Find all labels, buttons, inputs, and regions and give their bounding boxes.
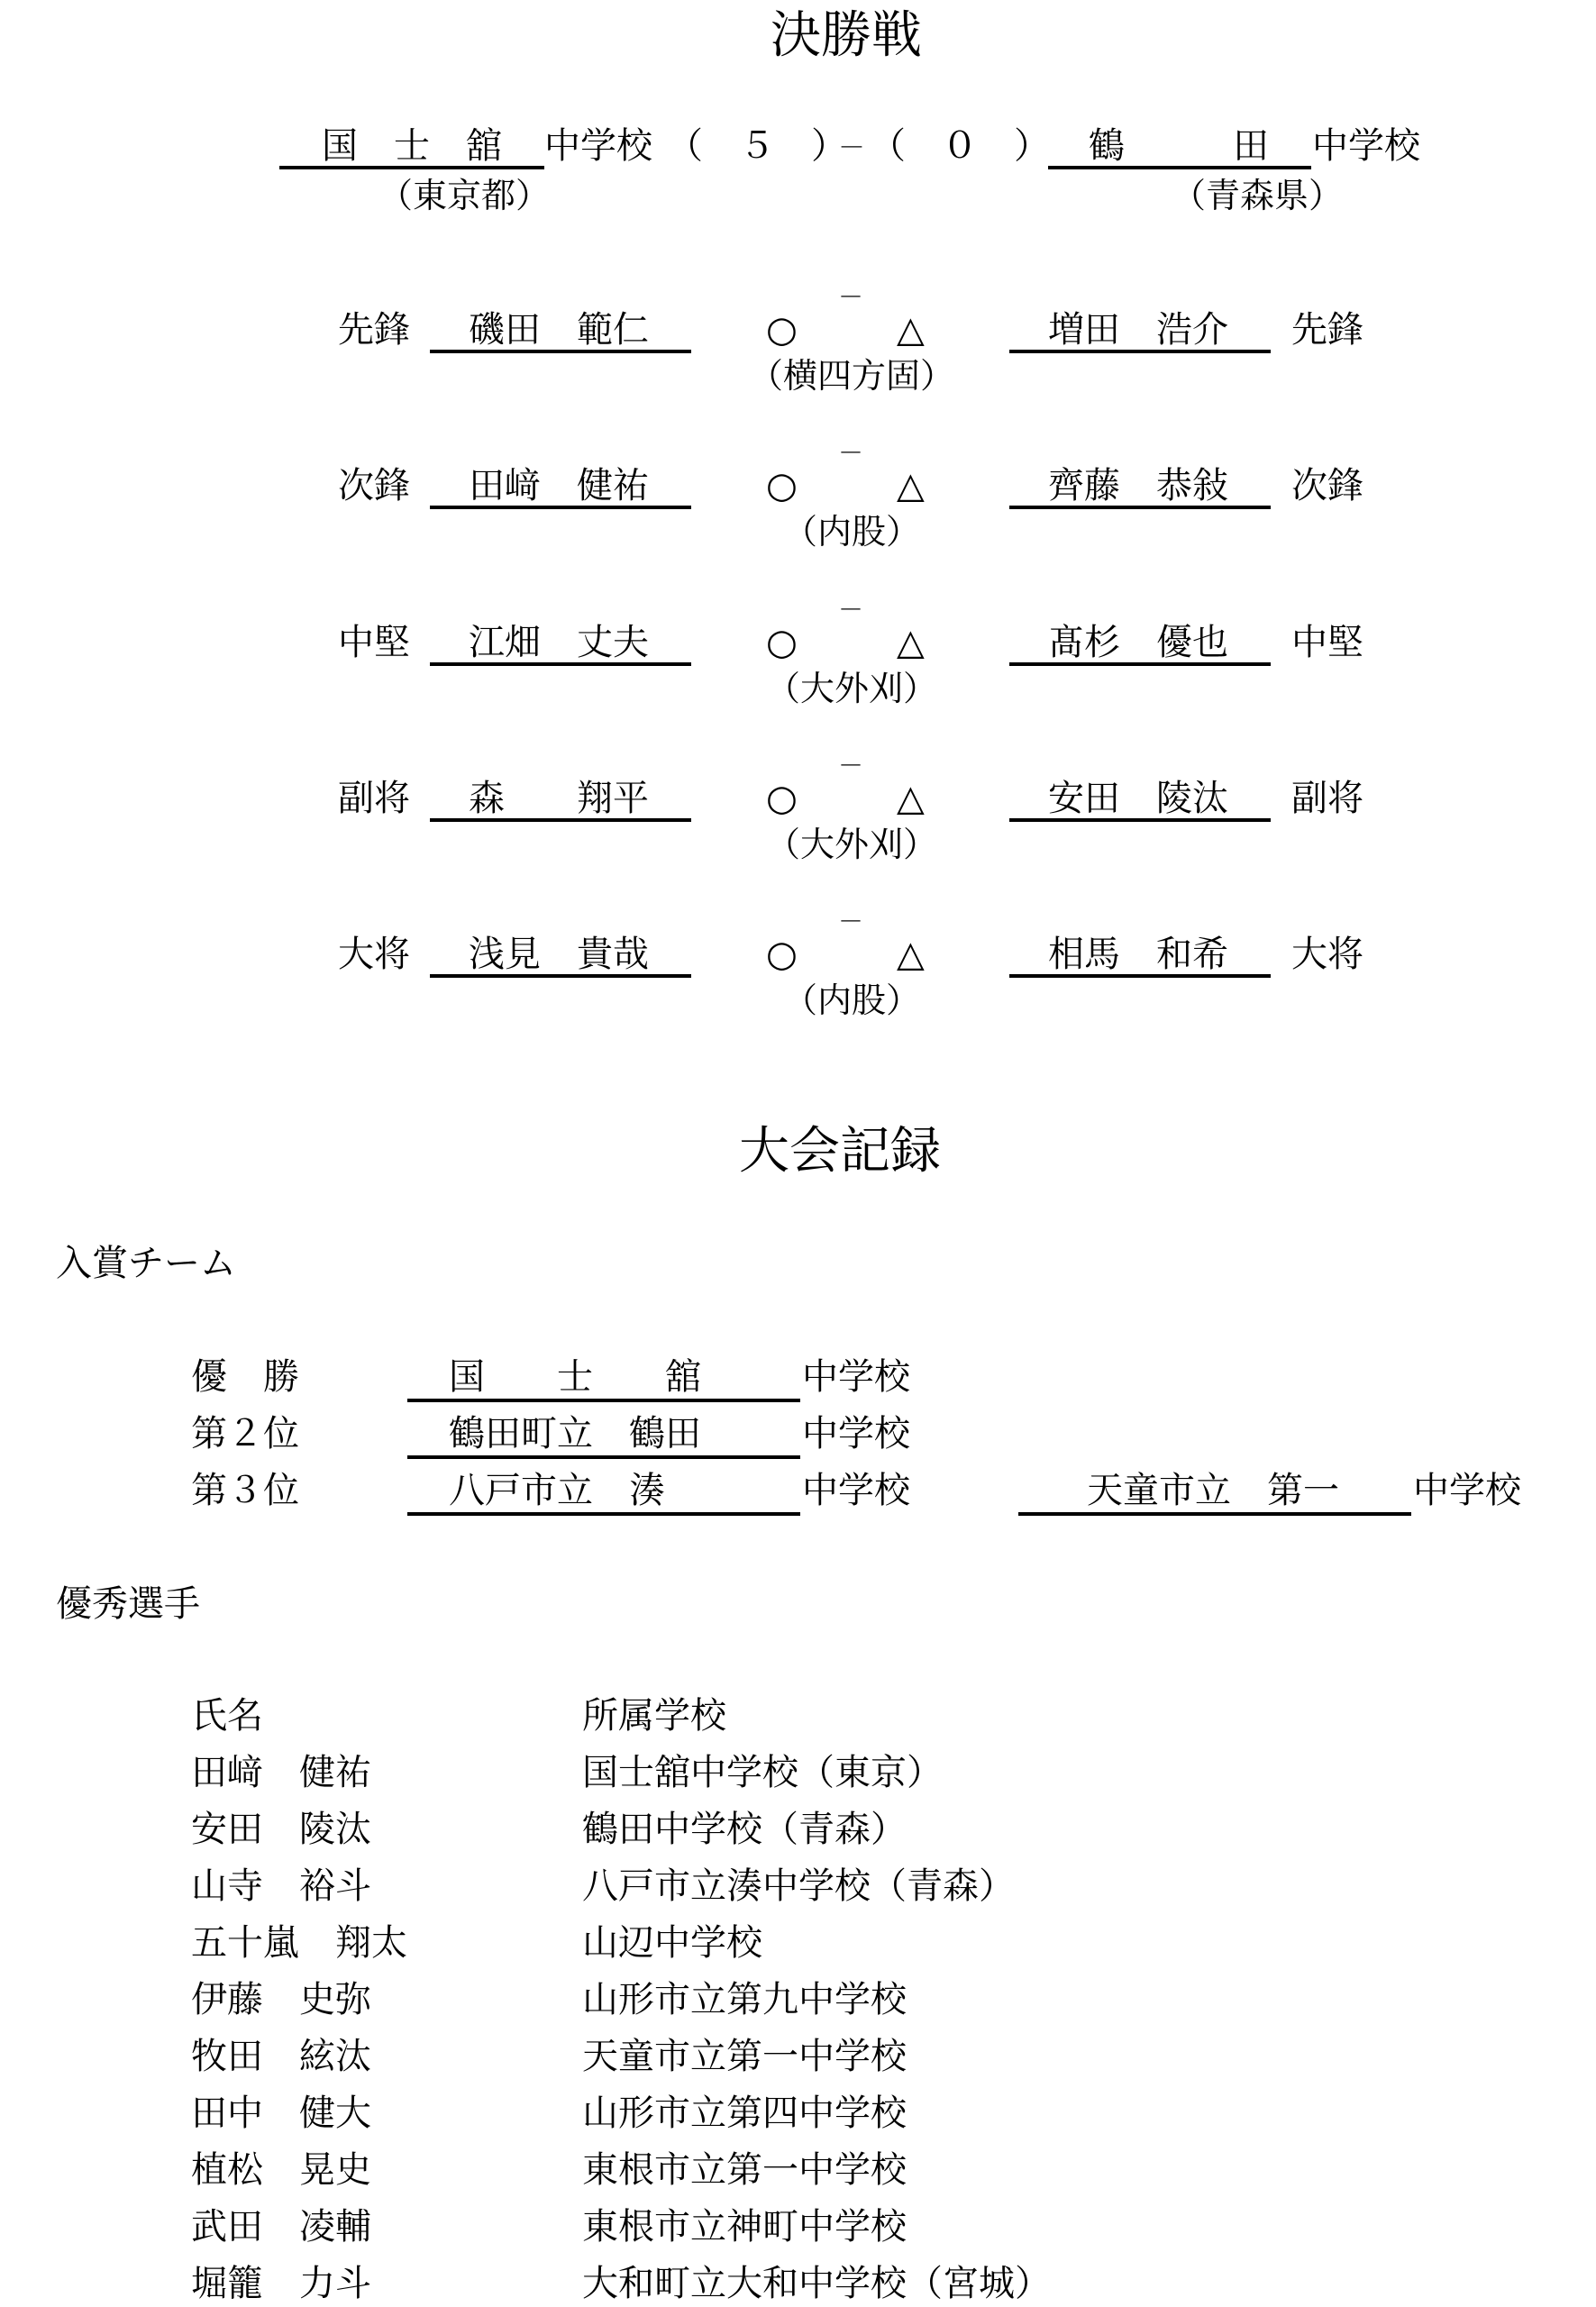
bout-player-a: 森 翔平 — [469, 780, 649, 816]
player-a-underline — [430, 350, 691, 353]
placing-school-underline — [1018, 1512, 1411, 1516]
bout-position-left: 先鋒 — [338, 312, 410, 348]
player-b-underline — [1009, 818, 1271, 822]
player-school: 天童市立第一中学校 — [582, 2038, 907, 2074]
bout-player-a: 浅見 貴哉 — [469, 936, 649, 972]
bout-technique: （内股） — [783, 983, 920, 1017]
player-name: 田﨑 健祐 — [191, 1755, 371, 1791]
team-b-underline — [1048, 166, 1311, 169]
player-name: 五十嵐 翔太 — [191, 1925, 407, 1961]
team-b-name-text: 鶴 田 — [1089, 125, 1269, 167]
records-title: 大会記録 — [739, 1126, 941, 1177]
player-name: 伊藤 史弥 — [191, 1982, 371, 2018]
player-school: 山形市立第四中学校 — [582, 2095, 907, 2131]
bout-mark-lose: △ — [897, 625, 925, 661]
player-name: 植松 晃史 — [191, 2152, 371, 2188]
bout-player-b: 髙杉 優也 — [1048, 625, 1228, 661]
team-a-name-text: 国 士 舘 — [322, 125, 502, 167]
prize-heading: 入賞チーム — [56, 1245, 236, 1281]
column-school-header: 所属学校 — [582, 1698, 726, 1734]
player-school: 国士舘中学校（東京） — [582, 1755, 943, 1791]
bout-player-a: 磯田 範仁 — [469, 312, 649, 348]
player-name: 田中 健大 — [191, 2095, 371, 2131]
team-a-suffix: 中学校 — [544, 128, 652, 164]
player-a-underline — [430, 974, 691, 978]
placing-school-name: 天童市立 第一 — [1087, 1473, 1339, 1509]
team-a-name: 国 士 舘 — [281, 128, 543, 164]
bout-mark-lose: △ — [897, 468, 925, 504]
team-b-prefecture: （青森県） — [1172, 178, 1343, 213]
bout-separator: － — [838, 909, 863, 935]
excellent-heading: 優秀選手 — [56, 1586, 200, 1622]
bout-technique: （横四方固） — [749, 359, 954, 393]
score-dash: － — [838, 135, 865, 162]
player-school: 大和町立大和中学校（宮城） — [582, 2266, 1051, 2302]
bout-mark-win: ○ — [766, 780, 798, 816]
bout-mark-win: ○ — [766, 468, 798, 504]
score-a: （ ５ ） — [667, 128, 847, 164]
player-b-underline — [1009, 662, 1271, 666]
score-b: （ ０ ） — [870, 128, 1050, 164]
bout-mark-win: ○ — [766, 312, 798, 348]
bout-separator: － — [838, 441, 863, 466]
final-title: 決勝戦 — [771, 11, 922, 61]
player-name: 安田 陵汰 — [191, 1811, 371, 1847]
bout-mark-lose: △ — [897, 780, 925, 816]
bout-player-b: 増田 浩介 — [1048, 312, 1228, 348]
bout-technique: （大外刈） — [766, 671, 937, 706]
bout-player-b: 安田 陵汰 — [1048, 780, 1228, 816]
placing-rank: 第３位 — [191, 1473, 299, 1509]
bout-position-right: 次鋒 — [1291, 468, 1363, 504]
placing-school-underline — [407, 1512, 800, 1516]
column-name-header: 氏名 — [191, 1698, 263, 1734]
player-school: 山形市立第九中学校 — [582, 1982, 907, 2018]
player-name: 牧田 絃汰 — [191, 2038, 371, 2074]
placing-school-suffix: 中学校 — [1413, 1473, 1521, 1509]
player-name: 武田 凌輔 — [191, 2209, 371, 2245]
bout-separator: － — [838, 597, 863, 623]
player-school: 山辺中学校 — [582, 1925, 762, 1961]
bout-player-a: 田﨑 健祐 — [469, 468, 649, 504]
bout-separator: － — [838, 285, 863, 310]
bout-mark-lose: △ — [897, 936, 925, 972]
player-school: 東根市立神町中学校 — [582, 2209, 907, 2245]
bout-position-right: 中堅 — [1291, 625, 1363, 661]
bout-position-left: 大将 — [338, 936, 410, 972]
player-a-underline — [430, 818, 691, 822]
bout-position-right: 大将 — [1291, 936, 1363, 972]
bout-technique: （内股） — [783, 515, 920, 549]
placing-school-name: 鶴田町立 鶴田 — [449, 1416, 701, 1452]
bout-player-b: 齊藤 恭敍 — [1048, 468, 1228, 504]
placing-school-name: 国 士 舘 — [449, 1359, 701, 1395]
player-b-underline — [1009, 350, 1271, 353]
bout-separator: － — [838, 753, 863, 779]
placing-rank: 優 勝 — [191, 1359, 299, 1395]
placing-school-suffix: 中学校 — [802, 1359, 910, 1395]
bout-position-right: 副将 — [1291, 780, 1363, 816]
player-a-underline — [430, 662, 691, 666]
bout-position-left: 次鋒 — [338, 468, 410, 504]
bout-position-left: 中堅 — [338, 625, 410, 661]
placing-school-suffix: 中学校 — [802, 1416, 910, 1452]
player-school: 八戸市立湊中学校（青森） — [582, 1868, 1015, 1904]
bout-position-left: 副将 — [338, 780, 410, 816]
bout-position-right: 先鋒 — [1291, 312, 1363, 348]
placing-school-underline — [407, 1455, 800, 1459]
bout-mark-win: ○ — [766, 936, 798, 972]
player-b-underline — [1009, 506, 1271, 509]
player-b-underline — [1009, 974, 1271, 978]
player-school: 東根市立第一中学校 — [582, 2152, 907, 2188]
bout-technique: （大外刈） — [766, 827, 937, 862]
team-b-name: 鶴 田 — [1048, 128, 1309, 164]
bout-mark-win: ○ — [766, 625, 798, 661]
team-a-underline — [279, 166, 544, 169]
bout-player-b: 相馬 和希 — [1048, 936, 1228, 972]
team-a-prefecture: （東京都） — [378, 178, 550, 213]
team-b-suffix: 中学校 — [1312, 128, 1420, 164]
placing-school-suffix: 中学校 — [802, 1473, 910, 1509]
placing-rank: 第２位 — [191, 1416, 299, 1452]
placing-school-underline — [407, 1399, 800, 1402]
bout-player-a: 江畑 丈夫 — [469, 625, 649, 661]
bout-mark-lose: △ — [897, 312, 925, 348]
player-name: 山寺 裕斗 — [191, 1868, 371, 1904]
player-a-underline — [430, 506, 691, 509]
player-school: 鶴田中学校（青森） — [582, 1811, 907, 1847]
placing-school-name: 八戸市立 湊 — [449, 1473, 701, 1509]
player-name: 堀籠 力斗 — [191, 2266, 371, 2302]
